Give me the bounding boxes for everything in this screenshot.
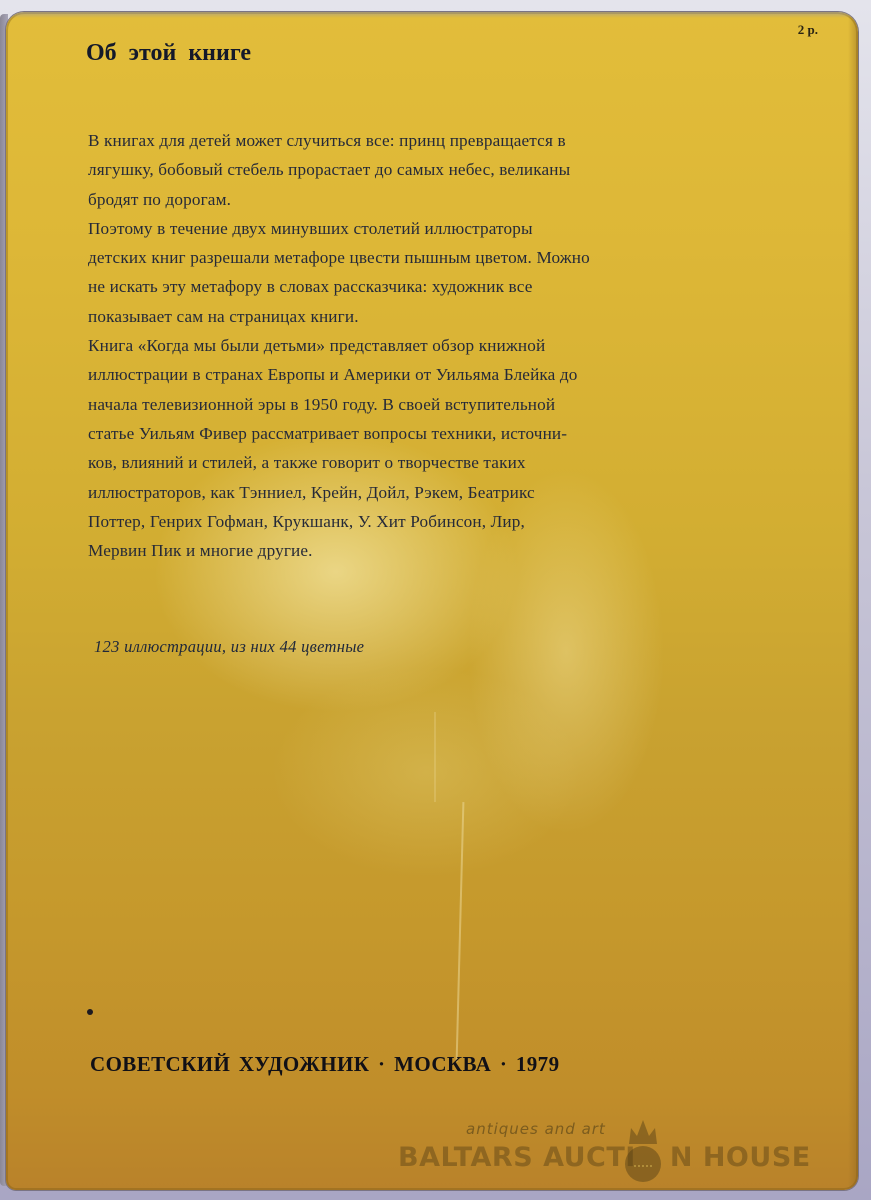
cover-crease — [456, 802, 465, 1062]
price-label: 2 р. — [798, 22, 818, 38]
paragraph-2: Поэтому в течение двух минувших столетий… — [88, 214, 768, 331]
book-back-cover: 2 р. Об этой книге В книгах для детей мо… — [6, 12, 858, 1190]
paragraph-3: Книга «Когда мы были детьми» представляе… — [88, 331, 768, 565]
description-text: В книгах для детей может случиться все: … — [88, 126, 768, 565]
watermark-name: BALTARS AUCTIN HOUSE — [398, 1142, 811, 1173]
paragraph-1: В книгах для детей может случиться все: … — [88, 126, 768, 214]
illustrations-count-note: 123 иллюстрации, из них 44 цветные — [94, 637, 364, 657]
cover-crease — [434, 712, 436, 802]
page-title: Об этой книге — [86, 40, 251, 67]
watermark-name-part1: BALTARS AUCTI — [398, 1142, 636, 1173]
ink-dot-mark — [87, 1009, 93, 1015]
watermark-tagline: antiques and art — [466, 1120, 606, 1138]
watermark: antiques and art BALTARS AUCTIN HOUSE — [398, 1112, 818, 1182]
watermark-name-part2: N HOUSE — [670, 1142, 811, 1173]
publisher-line: СОВЕТСКИЙ ХУДОЖНИК · МОСКВА · 1979 — [90, 1052, 559, 1077]
crown-ball-icon — [625, 1118, 661, 1186]
